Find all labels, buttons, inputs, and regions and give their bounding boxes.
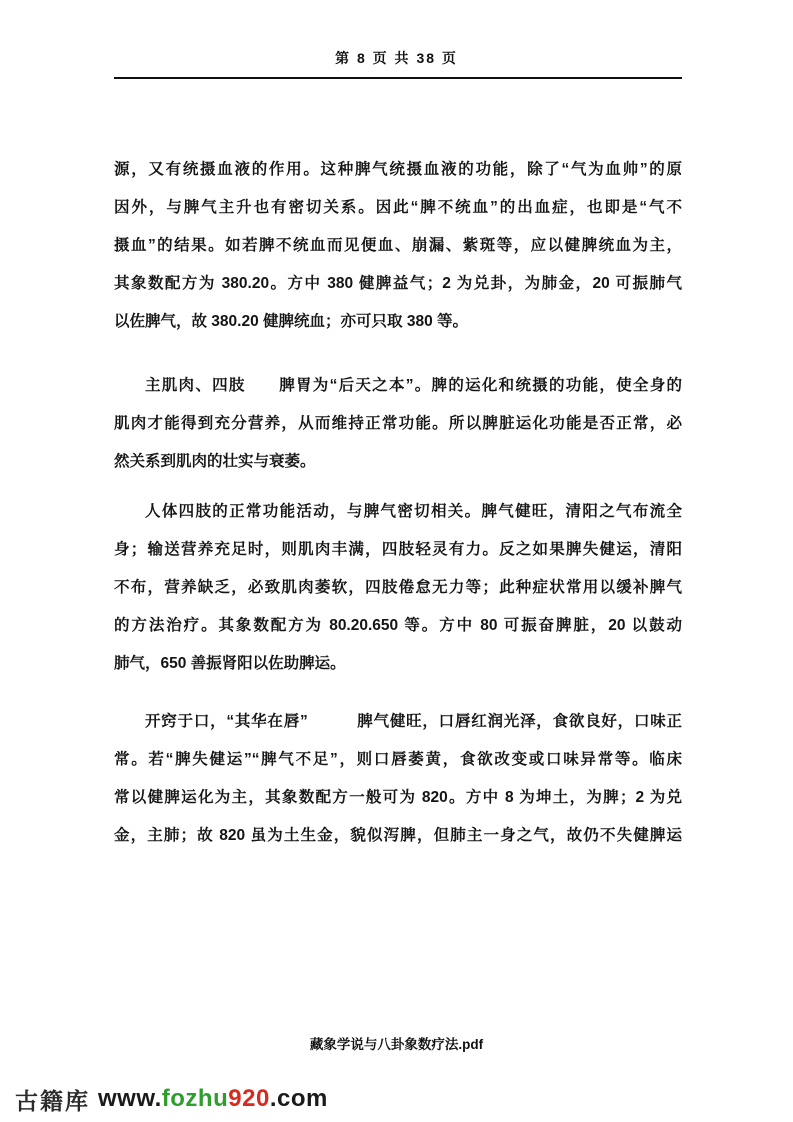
url-com-segment: .com xyxy=(270,1085,328,1112)
site-logo-text: 古籍库 xyxy=(15,1083,90,1116)
paragraph: 人体四肢的正常功能活动，与脾气密切相关。脾气健旺，清阳之气布流全 身；输送营养充… xyxy=(114,493,682,683)
text-line: 身；输送营养充足时，则肌肉丰满，四肢轻灵有力。反之如果脾失健运，清阳 xyxy=(114,531,682,569)
text-line: 以佐脾气，故 380.20 健脾统血；亦可只取 380 等。 xyxy=(114,303,682,341)
document-body: 源，又有统摄血液的作用。这种脾气统摄血液的功能，除了“气为血帅”的原 因外，与脾… xyxy=(114,151,682,855)
url-920-segment: 920 xyxy=(228,1085,270,1112)
site-url: www.fozhu920.com xyxy=(98,1085,328,1113)
header-divider-rule xyxy=(114,77,682,79)
text-line: 开窍于口，“其华在唇” 脾气健旺，口唇红润光泽，食欲良好，口味正 xyxy=(114,703,682,741)
text-line: 不布，营养缺乏，必致肌肉萎软，四肢倦怠无力等；此种症状常用以缓补脾气 xyxy=(114,569,682,607)
paragraph: 开窍于口，“其华在唇” 脾气健旺，口唇红润光泽，食欲良好，口味正 常。若“脾失健… xyxy=(114,703,682,855)
text-line: 常以健脾运化为主，其象数配方一般可为 820。方中 8 为坤土，为脾；2 为兑 xyxy=(114,779,682,817)
text-line: 因外，与脾气主升也有密切关系。因此“脾不统血”的出血症，也即是“气不 xyxy=(114,189,682,227)
document-page: 第 8 页 共 38 页 源，又有统摄血液的作用。这种脾气统摄血液的功能，除了“… xyxy=(0,0,793,1122)
text-line: 其象数配方为 380.20。方中 380 健脾益气；2 为兑卦，为肺金，20 可… xyxy=(114,265,682,303)
page-number-indicator: 第 8 页 共 38 页 xyxy=(0,48,793,68)
text-line: 然关系到肌肉的壮实与衰萎。 xyxy=(114,443,682,481)
text-line: 的方法治疗。其象数配方为 80.20.650 等。方中 80 可振奋脾脏，20 … xyxy=(114,607,682,645)
text-line: 源，又有统摄血液的作用。这种脾气统摄血液的功能，除了“气为血帅”的原 xyxy=(114,151,682,189)
text-line: 常。若“脾失健运”“脾气不足”，则口唇萎黄，食欲改变或口味异常等。临床 xyxy=(114,741,682,779)
url-www-segment: www. xyxy=(98,1085,162,1112)
text-line: 人体四肢的正常功能活动，与脾气密切相关。脾气健旺，清阳之气布流全 xyxy=(114,493,682,531)
paragraph: 主肌肉、四肢 脾胃为“后天之本”。脾的运化和统摄的功能，使全身的 肌肉才能得到充… xyxy=(114,367,682,481)
document-filename: 藏象学说与八卦象数疗法.pdf xyxy=(0,1033,793,1053)
text-line: 摄血”的结果。如若脾不统血而见便血、崩漏、紫斑等，应以健脾统血为主， xyxy=(114,227,682,265)
site-watermark: 古籍库 www.fozhu920.com xyxy=(15,1082,328,1116)
text-line: 金，主肺；故 820 虽为土生金，貌似泻脾，但肺主一身之气，故仍不失健脾运 xyxy=(114,817,682,855)
url-fozhu-segment: fozhu xyxy=(162,1085,228,1112)
paragraph: 源，又有统摄血液的作用。这种脾气统摄血液的功能，除了“气为血帅”的原 因外，与脾… xyxy=(114,151,682,341)
text-line: 肌肉才能得到充分营养，从而维持正常功能。所以脾脏运化功能是否正常，必 xyxy=(114,405,682,443)
text-line: 肺气，650 善振肾阳以佐助脾运。 xyxy=(114,645,682,683)
text-line: 主肌肉、四肢 脾胃为“后天之本”。脾的运化和统摄的功能，使全身的 xyxy=(114,367,682,405)
